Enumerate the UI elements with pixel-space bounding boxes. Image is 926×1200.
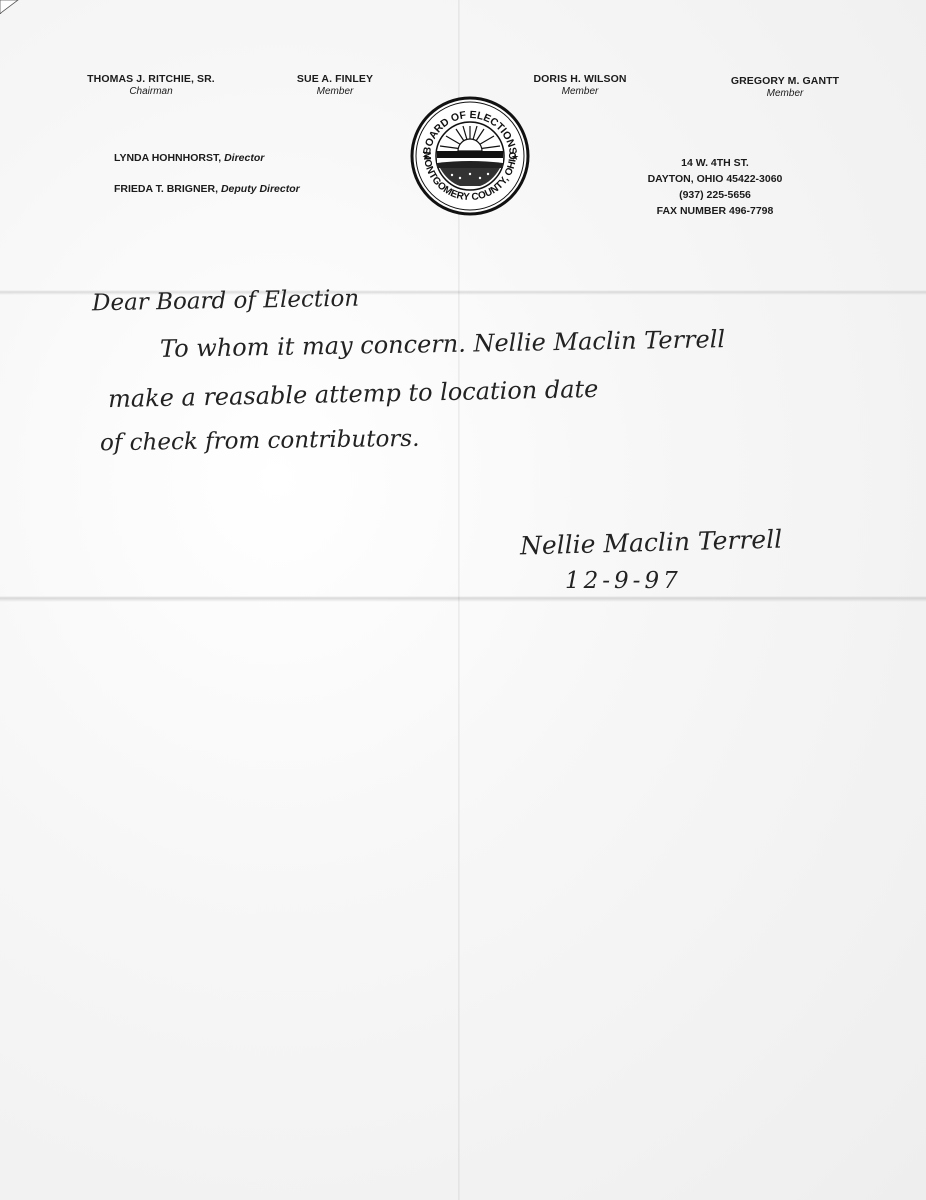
member-name: SUE A. FINLEY: [282, 73, 388, 85]
member-role: Member: [722, 88, 848, 99]
staff-name: FRIEDA T. BRIGNER,: [114, 183, 218, 195]
staff-title: Director: [224, 152, 264, 164]
member-chairman: THOMAS J. RITCHIE, SR. Chairman: [80, 73, 222, 97]
county-seal-icon: BOARD OF ELECTIONS MONTGOMERY COUNTY, OH…: [408, 96, 532, 216]
address-fax: FAX NUMBER 496-7798: [630, 203, 800, 219]
letter-date: 12-9-97: [565, 568, 682, 594]
member-name: DORIS H. WILSON: [520, 73, 640, 85]
member-name: GREGORY M. GANTT: [722, 75, 848, 87]
member-wilson: DORIS H. WILSON Member: [520, 73, 640, 97]
address-city: DAYTON, OHIO 45422-3060: [630, 171, 800, 187]
svg-text:★: ★: [422, 152, 430, 162]
board-address: 14 W. 4TH ST. DAYTON, OHIO 45422-3060 (9…: [630, 155, 800, 219]
staff-director: LYNDA HOHNHORST, Director: [114, 152, 264, 164]
letter-body-line: of check from contributors.: [100, 426, 420, 456]
torn-corner: [0, 0, 20, 14]
member-role: Chairman: [80, 86, 222, 97]
staff-title: Deputy Director: [221, 183, 300, 195]
member-role: Member: [282, 86, 388, 97]
staff-name: LYNDA HOHNHORST,: [114, 152, 221, 164]
address-street: 14 W. 4TH ST.: [630, 155, 800, 171]
member-gantt: GREGORY M. GANTT Member: [722, 75, 848, 99]
staff-deputy-director: FRIEDA T. BRIGNER, Deputy Director: [114, 183, 300, 195]
member-finley: SUE A. FINLEY Member: [282, 73, 388, 97]
svg-text:★: ★: [511, 152, 519, 162]
address-phone: (937) 225-5656: [630, 187, 800, 203]
letter-salutation: Dear Board of Election: [92, 286, 360, 317]
member-name: THOMAS J. RITCHIE, SR.: [80, 73, 222, 85]
member-role: Member: [520, 86, 640, 97]
